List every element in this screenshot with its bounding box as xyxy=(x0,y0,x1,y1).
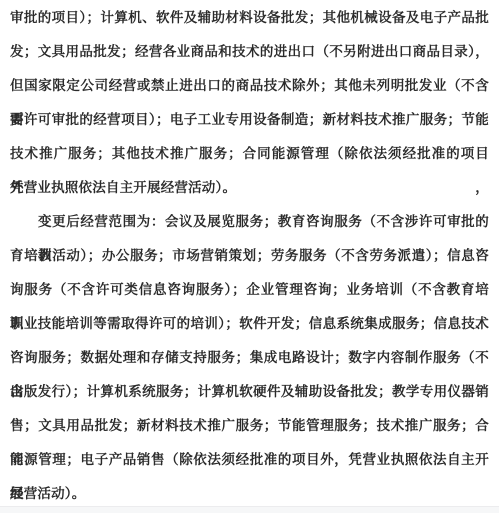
text-line-8: 育培训活动）；办公服务；市场营销策划；劳务服务（不含劳务派遣）；信息咨 xyxy=(10,239,489,273)
text-line-9: 询服务（不含许可类信息咨询服务）；企业管理咨询；业务培训（不含教育培训、 xyxy=(10,273,489,307)
page-bottom-edge xyxy=(0,506,499,513)
text-line-1: 审批的项目）；计算机、软件及辅助材料设备批发；其他机械设备及电子产品批 xyxy=(10,1,489,35)
text-line-14: 能源管理；电子产品销售（除依法须经批准的项目外，凭营业执照依法自主开展 xyxy=(10,443,489,477)
text-line-5: 技术推广服务；其他技术推广服务；合同能源管理（除依法须经批准的项目外， xyxy=(10,137,489,171)
text-line-13: 售；文具用品批发；新材料技术推广服务；节能管理服务；技术推广服务；合同 xyxy=(10,409,489,443)
text-line-4: 要许可审批的经营项目）；电子工业专用设备制造；新材料技术推广服务；节能 xyxy=(10,103,489,137)
text-line-11: 咨询服务；数据处理和存储支持服务；集成电路设计；数字内容制作服务（不含 xyxy=(10,341,489,375)
document-page: 审批的项目）；计算机、软件及辅助材料设备批发；其他机械设备及电子产品批 发；文具… xyxy=(0,0,499,511)
text-line-2: 发；文具用品批发；经营各业商品和技术的进出口（不另附进出口商品目录）， xyxy=(10,35,489,69)
text-line-7: 变更后经营范围为：会议及展览服务；教育咨询服务（不含涉许可审批的教 xyxy=(10,205,489,239)
text-line-10: 职业技能培训等需取得许可的培训）；软件开发；信息系统集成服务；信息技术 xyxy=(10,307,489,341)
text-line-3: 但国家限定公司经营或禁止进出口的商品技术除外；其他未列明批发业（不含需 xyxy=(10,69,489,103)
text-line-12: 出版发行）；计算机系统服务；计算机软硬件及辅助设备批发；教学专用仪器销 xyxy=(10,375,489,409)
